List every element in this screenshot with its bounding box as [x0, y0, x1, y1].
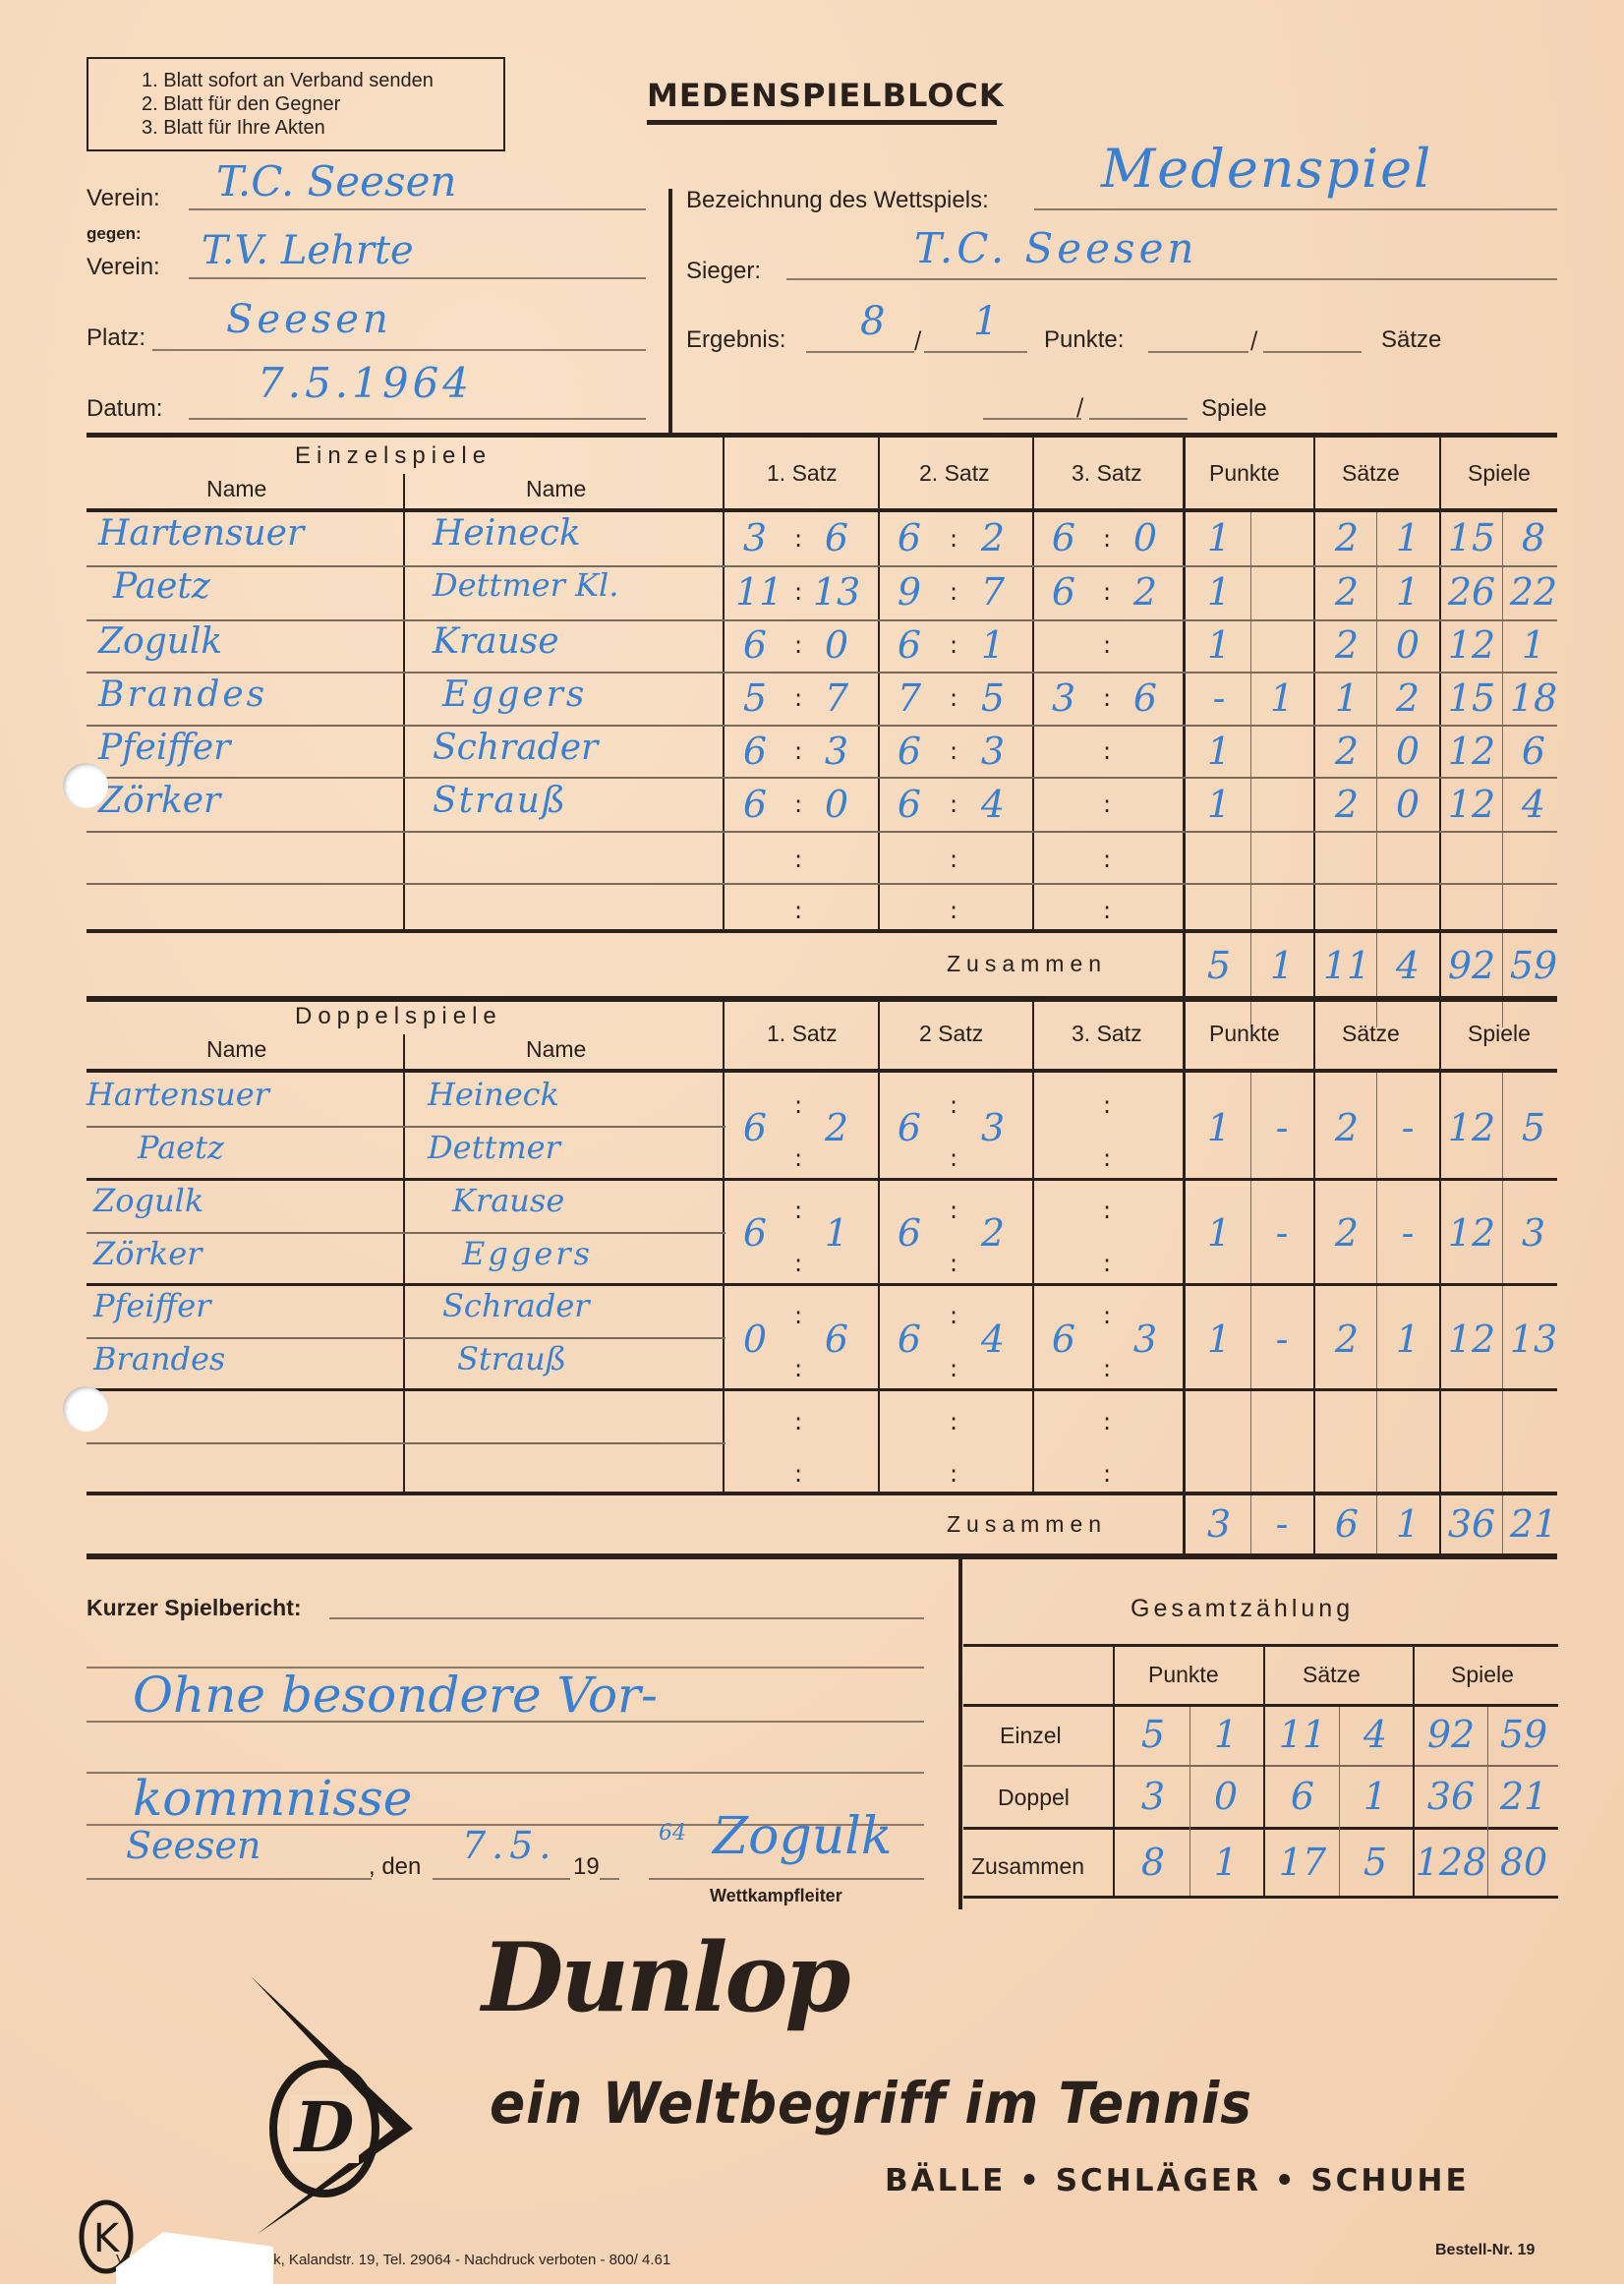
col-satz2: 2. Satz [919, 460, 990, 487]
report-date[interactable]: 7.5. [462, 1824, 557, 1867]
slash: / [914, 326, 921, 354]
signature-rule [649, 1878, 924, 1880]
col-spiele: Spiele [1468, 460, 1531, 487]
rule [87, 1178, 1557, 1181]
rule [87, 672, 1557, 673]
rule [87, 1492, 1557, 1495]
rule [87, 1442, 725, 1444]
home-player-2[interactable]: Paetz [138, 1129, 224, 1166]
score[interactable]: 6 [812, 516, 861, 559]
value[interactable]: 3 [1121, 1775, 1186, 1818]
score[interactable]: 2 [968, 1211, 1017, 1255]
rule [963, 1896, 1558, 1899]
saetze[interactable]: 2 [1317, 730, 1376, 773]
col-satz3: 3. Satz [1072, 460, 1142, 487]
report-label: Kurzer Spielbericht: [87, 1595, 302, 1621]
colon: : [950, 1408, 957, 1435]
spiele[interactable]: 1 [1504, 623, 1563, 667]
score[interactable]: 6 [890, 516, 929, 559]
colon: : [794, 1460, 802, 1488]
verein2-rule [189, 277, 646, 279]
away-player-2[interactable]: Strauß [457, 1340, 566, 1377]
total-spiele[interactable]: 21 [1504, 1502, 1563, 1546]
saetze-label: Sätze [1381, 326, 1441, 354]
spiele[interactable]: 12 [1441, 1106, 1502, 1149]
spiele[interactable]: 12 [1441, 623, 1502, 667]
score[interactable]: 6 [890, 623, 929, 667]
punkte[interactable]: 1 [1189, 730, 1248, 773]
score[interactable]: 6 [890, 783, 929, 826]
home-player[interactable]: Paetz [113, 566, 210, 607]
colon: : [1103, 631, 1111, 659]
report-line-1[interactable]: Ohne besondere Vor- [133, 1667, 658, 1724]
col-satz2: 2 Satz [919, 1021, 983, 1047]
sub-divider [1502, 512, 1503, 1027]
score[interactable]: 6 [735, 623, 775, 667]
sub-divider [1250, 512, 1251, 1027]
colon: : [794, 1302, 802, 1329]
colon: : [950, 1197, 957, 1224]
saetze[interactable]: 2 [1317, 570, 1376, 614]
colon: : [950, 578, 957, 606]
rule [87, 433, 1557, 438]
report-place[interactable]: Seesen [126, 1824, 261, 1867]
value[interactable]: 4 [1343, 1713, 1408, 1756]
spiele[interactable]: 18 [1504, 676, 1563, 720]
home-player-1[interactable]: Pfeiffer [93, 1287, 210, 1324]
value[interactable]: 80 [1490, 1841, 1557, 1884]
colon: : [1103, 1144, 1111, 1172]
datum-value[interactable]: 7.5.1964 [258, 359, 473, 407]
punkte[interactable]: 1 [1189, 783, 1248, 826]
colon: : [1103, 525, 1111, 553]
verein-value[interactable]: T.C. Seesen [216, 157, 456, 205]
sieger-value[interactable]: T.C. Seesen [914, 224, 1197, 272]
colon: : [950, 1460, 957, 1488]
col-divider [403, 1034, 405, 1492]
total-spiele[interactable]: 36 [1441, 1502, 1502, 1546]
home-player-2[interactable]: Brandes [93, 1340, 225, 1377]
spiele[interactable]: 8 [1504, 516, 1563, 559]
colon: : [1103, 737, 1111, 765]
colon: : [794, 1250, 802, 1277]
colon: : [950, 525, 957, 553]
away-player[interactable]: Eggers [442, 674, 587, 715]
punkte-label: Punkte: [1044, 326, 1124, 354]
col-divider [1313, 1002, 1315, 1557]
value[interactable]: 17 [1270, 1841, 1335, 1884]
saetze[interactable]: 0 [1378, 623, 1437, 667]
verein-label: Verein: [87, 185, 160, 212]
col-divider [1032, 438, 1034, 931]
sieger-label: Sieger: [686, 258, 761, 285]
slash: / [1250, 326, 1257, 354]
score[interactable]: 1 [968, 623, 1017, 667]
away-player-2[interactable]: Eggers [462, 1235, 593, 1272]
punkte[interactable]: - [1189, 676, 1248, 720]
score[interactable]: 6 [735, 1211, 775, 1255]
rule [87, 996, 1557, 1002]
order-number: Bestell-Nr. 19 [1435, 2242, 1535, 2259]
score[interactable]: 3 [968, 1106, 1017, 1149]
saetze[interactable]: - [1378, 1106, 1437, 1149]
punkte[interactable]: 1 [1189, 623, 1248, 667]
einzel-zusammen-label: Zusammen [947, 951, 1107, 977]
rule [963, 1827, 1558, 1830]
rule [87, 619, 1557, 621]
score[interactable]: 3 [968, 730, 1017, 773]
value[interactable]: 36 [1418, 1775, 1484, 1818]
score[interactable]: 0 [812, 783, 861, 826]
home-player-1[interactable]: Zogulk [93, 1182, 203, 1219]
score[interactable]: 6 [735, 783, 775, 826]
col-divider [1183, 1002, 1186, 1557]
datum-rule [189, 418, 646, 420]
col-divider [1263, 1644, 1265, 1896]
year-rule [600, 1878, 619, 1880]
score[interactable]: 6 [1044, 570, 1083, 614]
score[interactable]: 6 [735, 1106, 775, 1149]
score[interactable]: 13 [812, 570, 861, 614]
spiele-a-rule [983, 418, 1081, 420]
score[interactable]: 11 [735, 570, 775, 614]
score[interactable]: 9 [890, 570, 929, 614]
col-name-home: Name [206, 1036, 266, 1063]
saetze[interactable]: 2 [1317, 783, 1376, 826]
brand-name: Dunlop [482, 1922, 847, 2033]
score[interactable]: 3 [735, 516, 775, 559]
spiele-b-rule [1089, 418, 1188, 420]
score[interactable]: 6 [1044, 516, 1083, 559]
saetze[interactable]: 2 [1317, 1106, 1376, 1149]
colon: : [1103, 1197, 1111, 1224]
col-satz1: 1. Satz [767, 460, 838, 487]
colon: : [950, 1302, 957, 1329]
score[interactable]: 3 [1121, 1318, 1170, 1361]
platz-value[interactable]: Seesen [226, 297, 392, 342]
punkte[interactable]: 1 [1189, 1211, 1248, 1255]
col-spiele: Spiele [1468, 1021, 1531, 1047]
punkte[interactable]: 1 [1189, 1318, 1248, 1361]
total-saetze[interactable]: 11 [1317, 944, 1376, 987]
sub-divider [1376, 512, 1377, 1027]
score[interactable]: 1 [812, 1211, 861, 1255]
rule [87, 1337, 725, 1339]
col-divider [878, 438, 880, 931]
spiele[interactable]: 12 [1441, 783, 1502, 826]
colon: : [1103, 897, 1111, 924]
instruction-2: 2. Blatt für den Gegner [142, 92, 503, 116]
punkte-b-rule [1263, 351, 1362, 353]
rule [87, 883, 1557, 885]
signature[interactable]: Zogulk [713, 1807, 892, 1866]
value[interactable]: 59 [1490, 1713, 1557, 1756]
away-player[interactable]: Krause [433, 621, 559, 662]
slash: / [1076, 393, 1083, 421]
year-prefix: 19 [573, 1853, 600, 1881]
signature-label: Wettkampfleiter [710, 1886, 842, 1906]
score[interactable]: 6 [890, 1318, 929, 1361]
colon: : [950, 1355, 957, 1382]
value[interactable]: 1 [1343, 1775, 1408, 1818]
saetze[interactable]: 1 [1378, 570, 1437, 614]
saetze[interactable]: 2 [1317, 623, 1376, 667]
colon: : [794, 737, 802, 765]
rule [87, 508, 1557, 512]
colon: : [1103, 1091, 1111, 1119]
den-label: , den [369, 1853, 421, 1881]
colon: : [950, 684, 957, 712]
ergebnis-b[interactable]: 1 [973, 299, 998, 344]
colon: : [950, 846, 957, 873]
doppel-title: Doppelspiele [295, 1003, 502, 1030]
score[interactable]: 5 [968, 676, 1017, 720]
rule [87, 1126, 725, 1128]
score[interactable]: 2 [812, 1106, 861, 1149]
sub-divider [1339, 1707, 1340, 1896]
colon: : [1103, 1355, 1111, 1382]
col-satz3: 3. Satz [1072, 1021, 1142, 1047]
total-saetze[interactable]: 4 [1378, 944, 1437, 987]
instructions-box: 1. Blatt sofort an Verband senden 2. Bla… [87, 57, 505, 151]
rule [87, 777, 1557, 779]
home-player[interactable]: Brandes [98, 674, 267, 715]
score[interactable]: 0 [735, 1318, 775, 1361]
report-line-2[interactable]: kommnisse [133, 1770, 412, 1827]
score[interactable]: 6 [890, 1211, 929, 1255]
spiele[interactable]: 22 [1504, 570, 1563, 614]
total-spiele[interactable]: 59 [1504, 944, 1563, 987]
saetze[interactable]: 2 [1378, 676, 1437, 720]
col-divider [1113, 1644, 1115, 1896]
saetze[interactable]: 2 [1317, 1318, 1376, 1361]
value[interactable]: 1 [1193, 1841, 1258, 1884]
spiele[interactable]: 5 [1504, 1106, 1563, 1149]
verein2-value[interactable]: T.V. Lehrte [202, 228, 414, 273]
colon: : [1103, 791, 1111, 818]
colon: : [794, 631, 802, 659]
score[interactable]: 4 [968, 1318, 1017, 1361]
bezeichnung-rule [1034, 208, 1557, 210]
ergebnis-label: Ergebnis: [686, 326, 785, 354]
punkte[interactable]: 1 [1252, 676, 1311, 720]
score[interactable]: 7 [812, 676, 861, 720]
punkte[interactable]: - [1252, 1106, 1311, 1149]
home-player[interactable]: Zogulk [98, 621, 222, 662]
row-label: Einzel [1000, 1723, 1062, 1749]
gesamt-col-spiele: Spiele [1451, 1662, 1514, 1688]
logo-letter: D [293, 2086, 355, 2168]
spiele[interactable]: 4 [1504, 783, 1563, 826]
spiele[interactable]: 15 [1441, 676, 1502, 720]
home-player[interactable]: Zörker [98, 781, 220, 821]
col-divider [723, 438, 725, 931]
ergebnis-b-rule [924, 351, 1027, 353]
col-divider [1313, 438, 1315, 1027]
score[interactable]: 6 [1044, 1318, 1083, 1361]
col-divider [878, 1002, 880, 1492]
value[interactable]: 128 [1414, 1841, 1488, 1884]
report-rule [329, 1617, 924, 1619]
col-punkte: Punkte [1209, 1021, 1280, 1047]
rule [87, 1388, 1557, 1391]
rule [963, 1644, 1558, 1647]
colon: : [1103, 578, 1111, 606]
sub-divider [1189, 1707, 1190, 1896]
colon: : [950, 631, 957, 659]
value[interactable]: 0 [1193, 1775, 1258, 1818]
punkte[interactable]: 1 [1189, 570, 1248, 614]
score[interactable]: 0 [1121, 516, 1170, 559]
value[interactable]: 6 [1270, 1775, 1335, 1818]
home-player[interactable]: Pfeiffer [98, 728, 230, 768]
saetze[interactable]: 2 [1317, 1211, 1376, 1255]
colon: : [794, 1091, 802, 1119]
rule [87, 1232, 725, 1234]
saetze[interactable]: 1 [1378, 1318, 1437, 1361]
colon: : [794, 791, 802, 818]
score[interactable]: 3 [812, 730, 861, 773]
saetze[interactable]: - [1378, 1211, 1437, 1255]
home-player[interactable]: Hartensuer [98, 513, 304, 554]
rule [87, 565, 1557, 567]
rule [963, 1704, 1558, 1707]
spiele[interactable]: 12 [1441, 1318, 1502, 1361]
away-player[interactable]: Strauß [433, 781, 567, 821]
away-player[interactable]: Dettmer Kl. [433, 566, 618, 604]
total-punkte[interactable]: 5 [1189, 944, 1248, 987]
spiele[interactable]: 12 [1441, 1211, 1502, 1255]
bezeichnung-label: Bezeichnung des Wettspiels: [686, 187, 989, 214]
value[interactable]: 5 [1121, 1713, 1186, 1756]
datum-label: Datum: [87, 395, 162, 423]
colon: : [1103, 1250, 1111, 1277]
away-player-1[interactable]: Schrader [442, 1287, 590, 1324]
saetze[interactable]: 1 [1317, 676, 1376, 720]
score[interactable]: 7 [968, 570, 1017, 614]
spiele[interactable]: 3 [1504, 1211, 1563, 1255]
total-punkte[interactable]: 1 [1252, 944, 1311, 987]
score[interactable]: 2 [968, 516, 1017, 559]
away-player-1[interactable]: Heineck [428, 1076, 559, 1113]
spiele[interactable]: 13 [1504, 1318, 1563, 1361]
score[interactable]: 6 [890, 730, 929, 773]
rule [87, 1069, 1557, 1073]
value[interactable]: 5 [1343, 1841, 1408, 1884]
home-player-1[interactable]: Hartensuer [87, 1076, 269, 1113]
value[interactable]: 11 [1270, 1713, 1335, 1756]
rule [87, 831, 1557, 833]
colon: : [794, 1408, 802, 1435]
colon: : [950, 791, 957, 818]
instruction-3: 3. Blatt für Ihre Akten [142, 116, 503, 140]
score[interactable]: 6 [1121, 676, 1170, 720]
form-title: MEDENSPIELBLOCK [647, 77, 1005, 114]
punkte[interactable]: - [1252, 1318, 1311, 1361]
value[interactable]: 92 [1418, 1713, 1484, 1756]
away-player[interactable]: Heineck [433, 513, 581, 554]
col-divider [1032, 1002, 1034, 1492]
score[interactable]: 0 [812, 623, 861, 667]
colon: : [1103, 846, 1111, 873]
colon: : [794, 1197, 802, 1224]
spiele[interactable]: 6 [1504, 730, 1563, 773]
score[interactable]: 6 [812, 1318, 861, 1361]
score[interactable]: 2 [1121, 570, 1170, 614]
year-suffix[interactable]: 64 [659, 1821, 686, 1845]
score[interactable]: 3 [1044, 676, 1083, 720]
sub-divider [1376, 1073, 1377, 1557]
score[interactable]: 4 [968, 783, 1017, 826]
punkte-a-rule [1148, 351, 1248, 353]
away-player-1[interactable]: Krause [452, 1182, 564, 1219]
total-punkte[interactable]: 3 [1189, 1502, 1248, 1546]
colon: : [794, 525, 802, 553]
product-list: BÄLLE • SCHLÄGER • SCHUHE [885, 2163, 1470, 2198]
value[interactable]: 1 [1193, 1713, 1258, 1756]
col-name-home: Name [206, 476, 266, 502]
colon: : [1103, 1408, 1111, 1435]
saetze[interactable]: 0 [1378, 730, 1437, 773]
place-rule [87, 1878, 372, 1880]
total-spiele[interactable]: 92 [1441, 944, 1502, 987]
gesamt-col-punkte: Punkte [1148, 1662, 1219, 1688]
colon: : [794, 1355, 802, 1382]
value[interactable]: 8 [1121, 1841, 1186, 1884]
colon: : [950, 1250, 957, 1277]
punkte[interactable]: 1 [1189, 516, 1248, 559]
total-punkte[interactable]: - [1252, 1502, 1311, 1546]
total-saetze[interactable]: 1 [1378, 1502, 1437, 1546]
punkte[interactable]: 1 [1189, 1106, 1248, 1149]
col-divider [403, 474, 405, 931]
spiele[interactable]: 26 [1441, 570, 1502, 614]
score[interactable]: 7 [890, 676, 929, 720]
platz-rule [152, 349, 646, 351]
away-player-2[interactable]: Dettmer [428, 1129, 560, 1166]
verein2-label: Verein: [87, 254, 160, 281]
sub-divider [1250, 1073, 1251, 1557]
sieger-rule [786, 278, 1557, 280]
score[interactable]: 5 [735, 676, 775, 720]
saetze[interactable]: 2 [1317, 516, 1376, 559]
score[interactable]: 6 [735, 730, 775, 773]
spiele[interactable]: 12 [1441, 730, 1502, 773]
ergebnis-a[interactable]: 8 [860, 299, 885, 344]
row-label: Doppel [998, 1785, 1070, 1811]
rule [87, 929, 1557, 933]
spiele[interactable]: 15 [1441, 516, 1502, 559]
col-name-away: Name [526, 476, 586, 502]
saetze[interactable]: 1 [1378, 516, 1437, 559]
colon: : [950, 737, 957, 765]
col-satz1: 1. Satz [767, 1021, 838, 1047]
slogan: ein Weltbegriff im Tennis [490, 2070, 1252, 2137]
total-saetze[interactable]: 6 [1317, 1502, 1376, 1546]
away-player[interactable]: Schrader [433, 728, 598, 768]
col-divider [1183, 438, 1186, 1027]
col-name-away: Name [526, 1036, 586, 1063]
saetze[interactable]: 0 [1378, 783, 1437, 826]
punkte[interactable]: - [1252, 1211, 1311, 1255]
home-player-2[interactable]: Zörker [93, 1235, 202, 1272]
spiele-label: Spiele [1201, 395, 1267, 423]
bezeichnung-value[interactable]: Medenspiel [1101, 138, 1432, 200]
dunlop-arrow-logo-icon: D [246, 1966, 462, 2242]
row-label: Zusammen [971, 1853, 1084, 1880]
score[interactable]: 6 [890, 1106, 929, 1149]
value[interactable]: 21 [1490, 1775, 1557, 1818]
